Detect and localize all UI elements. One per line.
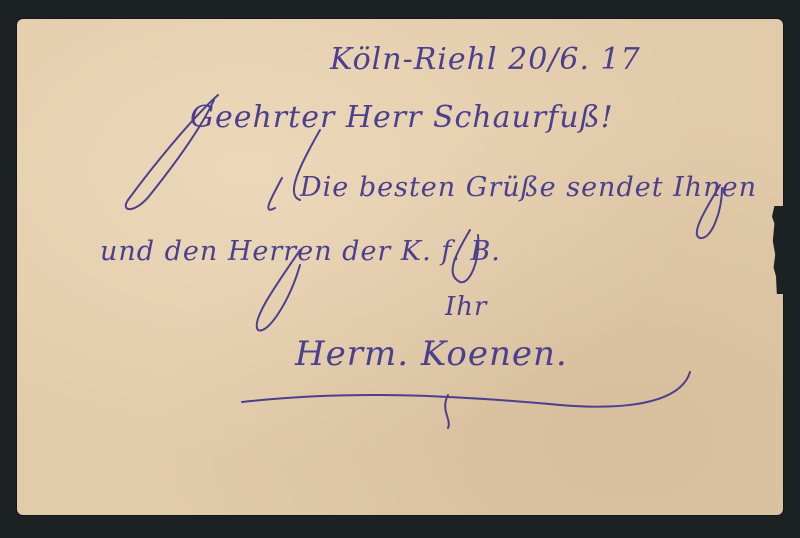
place-date: Köln-Riehl 20/6. 17 <box>330 42 641 77</box>
closing: Ihr <box>445 292 487 322</box>
salutation: Geehrter Herr Schaurfuß! <box>190 100 614 135</box>
signature: Herm. Koenen. <box>295 334 568 374</box>
handwriting-flourishes <box>0 0 800 538</box>
body-line-1: Die besten Grüße sendet Ihnen <box>300 172 757 203</box>
body-line-2: und den Herren der K. f. B. <box>100 236 501 267</box>
